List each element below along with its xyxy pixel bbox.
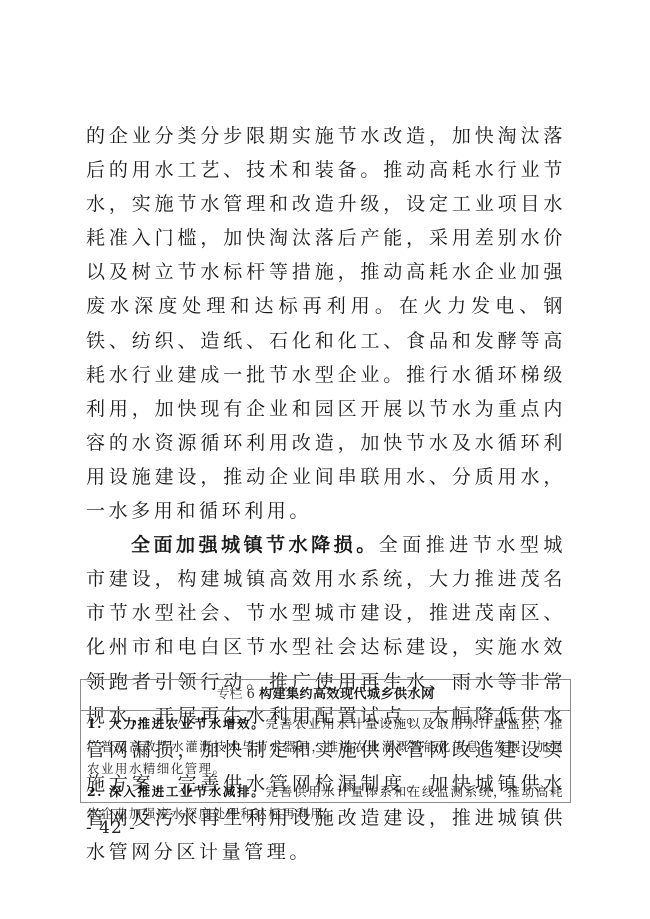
- paragraph-industrial-water-saving: 的企业分类分步限期实施节水改造，加快淘汰落后的用水工艺、技术和装备。推动高耗水行…: [86, 119, 566, 528]
- box-item-lead: 1. 大力推进农业节水增效。: [87, 716, 266, 731]
- paragraph-text: 的企业分类分步限期实施节水改造，加快淘汰落后的用水工艺、技术和装备。推动高耗水行…: [86, 125, 566, 522]
- box-body: 1. 大力推进农业节水增效。完善农业用水计量设施以及取用水计量监控，推广普及高效…: [81, 711, 570, 826]
- sidebar-box-column-6: 专栏 6 构建集约高效现代城乡供水网 1. 大力推进农业节水增效。完善农业用水计…: [80, 679, 571, 803]
- box-header: 专栏 6 构建集约高效现代城乡供水网: [81, 680, 570, 711]
- document-page: 的企业分类分步限期实施节水改造，加快淘汰落后的用水工艺、技术和装备。推动高耗水行…: [0, 0, 650, 919]
- box-label: 专栏 6: [216, 687, 254, 702]
- box-item-agriculture: 1. 大力推进农业节水增效。完善农业用水计量设施以及取用水计量监控，推广普及高效…: [87, 713, 564, 781]
- box-item-lead: 2. 深入推进工业节水减排。: [87, 784, 266, 799]
- box-title: 构建集约高效现代城乡供水网: [259, 687, 435, 702]
- paragraph-lead: 全面加强城镇节水降损。: [131, 534, 379, 556]
- page-number: - 42 -: [86, 818, 136, 838]
- box-item-industry: 2. 深入推进工业节水减排。完善供用水计量体系和在线监测系统，推动高耗水企业加强…: [87, 781, 564, 826]
